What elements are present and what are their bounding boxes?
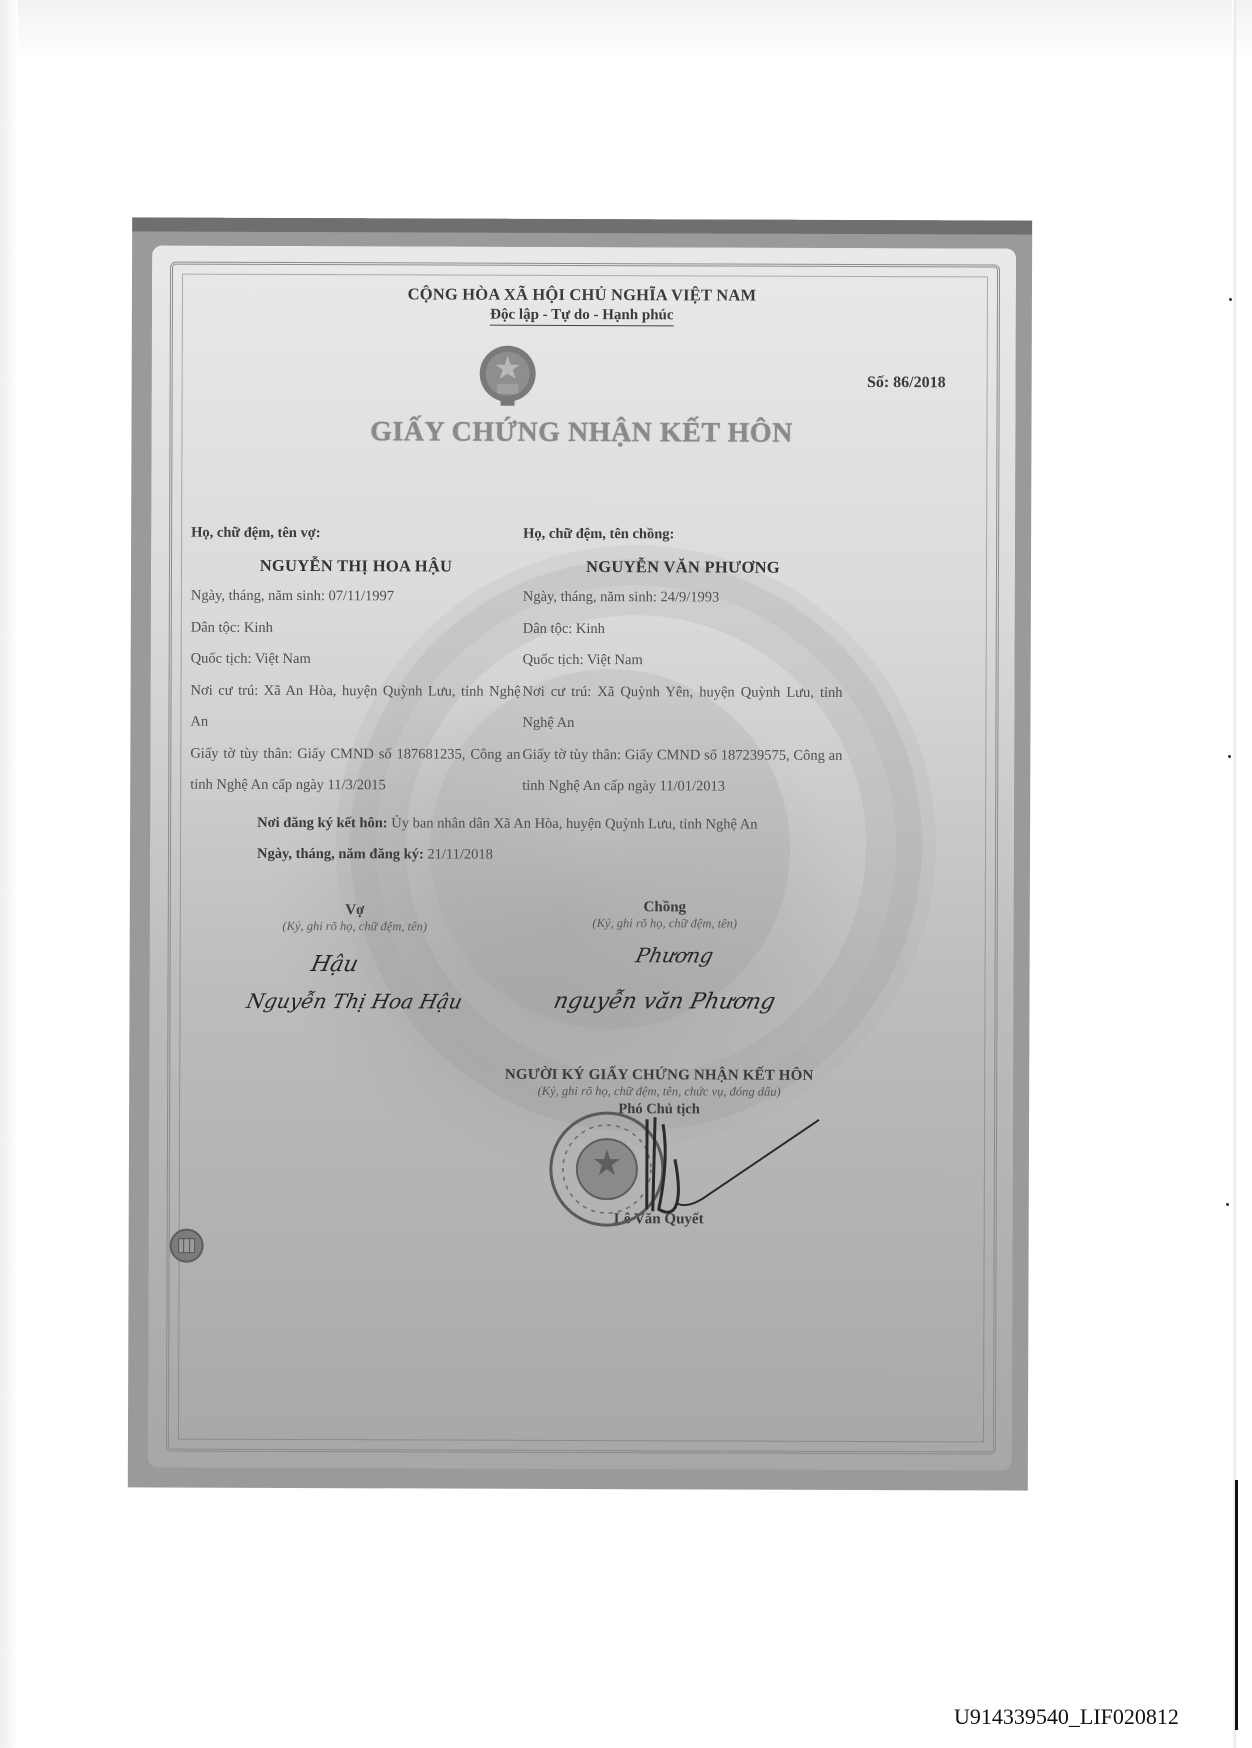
wife-residence: Nơi cư trú: Xã An Hòa, huyện Quỳnh Lưu, … bbox=[190, 675, 520, 739]
husband-nationality: Quốc tịch: Việt Nam bbox=[523, 645, 843, 678]
signer-signature-icon bbox=[629, 1099, 829, 1230]
signer-hint: (Ký, ghi rõ họ, chữ đệm, tên, chức vụ, đ… bbox=[459, 1084, 859, 1100]
wife-role: Vợ bbox=[220, 902, 490, 920]
husband-name-label: Họ, chữ đệm, tên chồng: bbox=[523, 519, 843, 552]
wife-ethnicity: Dân tộc: Kinh bbox=[191, 612, 521, 645]
wife-name-label: Họ, chữ đệm, tên vợ: bbox=[191, 518, 521, 551]
registration-date-value: 21/11/2018 bbox=[427, 846, 493, 862]
signer-title: NGƯỜI KÝ GIẤY CHỨNG NHẬN KẾT HÔN bbox=[459, 1067, 859, 1085]
scan-speck bbox=[1226, 1203, 1229, 1206]
registration-place: Nơi đăng ký kết hôn: Ủy ban nhân dân Xã … bbox=[257, 808, 847, 841]
wife-signature-hint: (Ký, ghi rõ họ, chữ đệm, tên) bbox=[220, 919, 490, 935]
wife-nationality: Quốc tịch: Việt Nam bbox=[191, 644, 521, 677]
wife-dob: Ngày, tháng, năm sinh: 07/11/1997 bbox=[191, 581, 521, 614]
registration-place-value: Ủy ban nhân dân Xã An Hòa, huyện Quỳnh L… bbox=[391, 815, 757, 832]
national-title: CỘNG HÒA XÃ HỘI CHỦ NGHĨA VIỆT NAM bbox=[132, 283, 1032, 306]
husband-details: Họ, chữ đệm, tên chồng: NGUYỄN VĂN PHƯƠN… bbox=[522, 519, 843, 804]
registration-date: Ngày, tháng, năm đăng ký: 21/11/2018 bbox=[257, 839, 847, 872]
husband-role: Chồng bbox=[530, 899, 800, 917]
scan-shadow-left bbox=[0, 0, 18, 1748]
husband-signature: Phương bbox=[547, 943, 802, 968]
wife-written-name: Nguyễn Thị Hoa Hậu bbox=[217, 989, 492, 1014]
registration-place-label: Nơi đăng ký kết hôn: bbox=[257, 815, 388, 831]
national-motto: Độc lập - Tự do - Hạnh phúc bbox=[132, 305, 1032, 325]
document-id: U914339540_LIF020812 bbox=[954, 1704, 1179, 1730]
husband-written-name: nguyễn văn Phương bbox=[527, 989, 802, 1015]
small-emblem-mark-icon bbox=[169, 1228, 205, 1264]
scan-speck bbox=[1229, 298, 1232, 301]
wife-id-document: Giấy tờ tùy thân: Giấy CMND số 187681235… bbox=[190, 738, 520, 802]
scan-shadow-top bbox=[0, 0, 1252, 60]
certificate-number: Số: 86/2018 bbox=[867, 374, 946, 392]
certificate-title: GIẤY CHỨNG NHẬN KẾT HÔN bbox=[131, 415, 1031, 450]
husband-id-document: Giấy tờ tùy thân: Giấy CMND số 187239575… bbox=[522, 739, 842, 803]
husband-signature-block: Chồng (Ký, ghi rõ họ, chữ đệm, tên) Phươ… bbox=[529, 899, 799, 1015]
marriage-certificate: CỘNG HÒA XÃ HỘI CHỦ NGHĨA VIỆT NAM Độc l… bbox=[128, 217, 1032, 1490]
husband-dob: Ngày, tháng, năm sinh: 24/9/1993 bbox=[523, 582, 843, 615]
scan-speck bbox=[1228, 755, 1231, 758]
wife-signature-block: Vợ (Ký, ghi rõ họ, chữ đệm, tên) Hậu Ngu… bbox=[219, 902, 489, 1014]
husband-name: NGUYỄN VĂN PHƯƠNG bbox=[523, 550, 843, 583]
husband-signature-hint: (Ký, ghi rõ họ, chữ đệm, tên) bbox=[530, 916, 800, 932]
husband-residence: Nơi cư trú: Xã Quỳnh Yên, huyện Quỳnh Lư… bbox=[522, 676, 842, 740]
wife-details: Họ, chữ đệm, tên vợ: NGUYỄN THỊ HOA HẬU … bbox=[190, 518, 521, 803]
wife-name: NGUYỄN THỊ HOA HẬU bbox=[191, 549, 521, 582]
registration-details: Nơi đăng ký kết hôn: Ủy ban nhân dân Xã … bbox=[257, 808, 847, 872]
husband-ethnicity: Dân tộc: Kinh bbox=[523, 613, 843, 646]
registration-date-label: Ngày, tháng, năm đăng ký: bbox=[257, 846, 424, 863]
national-emblem-icon bbox=[477, 344, 539, 408]
page-edge-dark bbox=[1235, 1480, 1238, 1730]
wife-signature: Hậu bbox=[177, 952, 492, 978]
